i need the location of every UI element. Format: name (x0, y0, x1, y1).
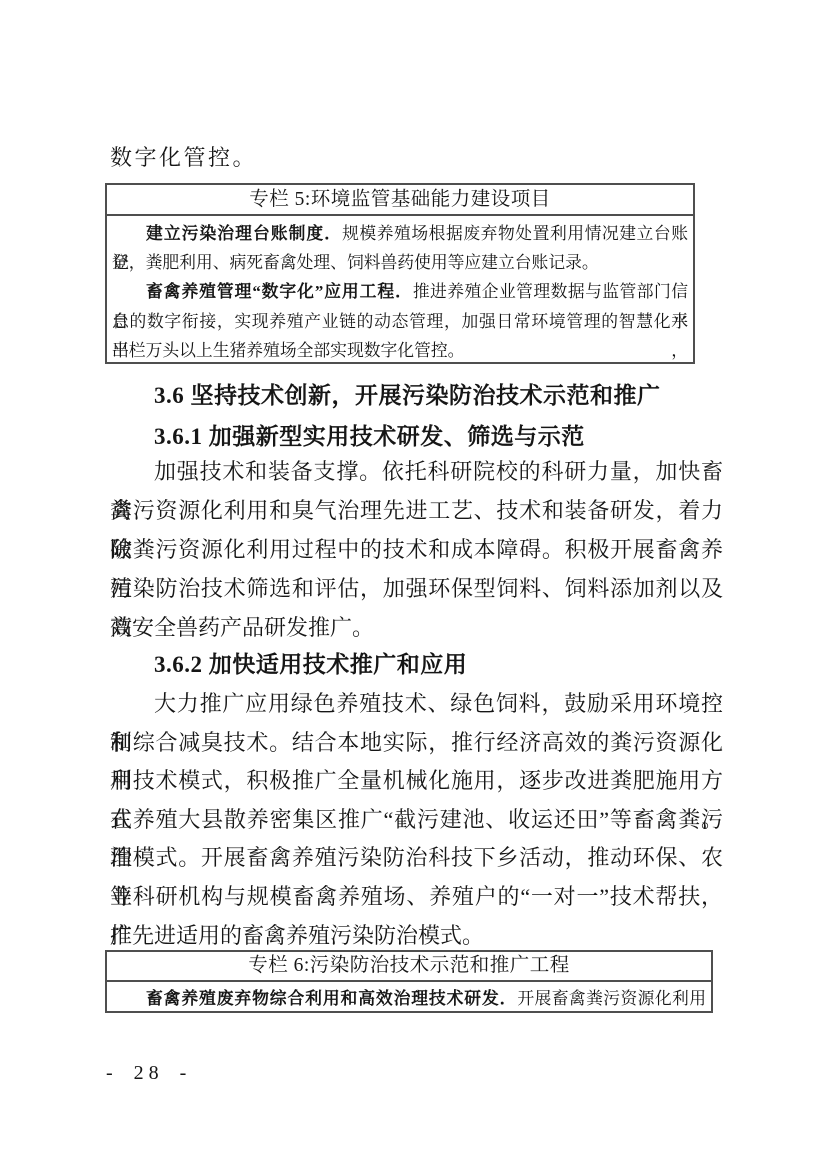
page-number: - 28 - (106, 1062, 191, 1085)
box6-title: 专栏 6:污染防治技术示范和推广工程 (107, 952, 711, 982)
document-page: 数字化管控。 专栏 5:环境监管基础能力建设项目 建立污染治理台账制度．规模养殖… (0, 0, 826, 1169)
body-line: 污染防治技术筛选和评估，加强环保型饲料、饲料添加剂以及高 (110, 569, 723, 608)
box5-body: 建立污染治理台账制度．规模养殖场根据废弃物处置利用情况建立台账登 记，粪肥利用、… (107, 216, 693, 365)
body-line: 理模式。开展畜禽养殖污染防治科技下乡活动，推动环保、农业 (110, 839, 723, 878)
box5-line-1: 建立污染治理台账制度．规模养殖场根据废弃物处置利用情况建立台账登 (112, 219, 688, 248)
body-line: 除粪污资源化利用过程中的技术和成本障碍。积极开展畜禽养殖 (110, 530, 723, 569)
box5-line-2: 记，粪肥利用、病死畜禽处理、饲料兽药使用等应建立台账记录。 (112, 248, 688, 277)
section-heading-3-6: 3.6 坚持技术创新，开展污染防治技术示范和推广 (154, 381, 661, 410)
body-line: 粪污资源化利用和臭气治理先进工艺、技术和装备研发，着力破 (110, 491, 723, 530)
body-line: 用技术模式，积极推广全量机械化施用，逐步改进粪肥施用方式。 (110, 762, 723, 801)
callout-box-5: 专栏 5:环境监管基础能力建设项目 建立污染治理台账制度．规模养殖场根据废弃物处… (105, 183, 695, 364)
paragraph-continuation-line: 数字化管控。 (110, 144, 257, 172)
section-heading-3-6-1: 3.6.1 加强新型实用技术研发、筛选与示范 (154, 422, 585, 451)
body-line: 效安全兽药产品研发推广。 (110, 608, 723, 647)
body-line: 在养殖大县散养密集区推广“截污建池、收运还田”等畜禽粪污治 (110, 801, 723, 840)
box6-lead-1: 畜禽养殖废弃物综合利用和高效治理技术研发． (146, 989, 517, 1008)
paragraph-3-6-1: 加强技术和装备支撑。依托科研院校的科研力量，加快畜禽 粪污资源化利用和臭气治理先… (110, 452, 723, 647)
body-line: 加强技术和装备支撑。依托科研院校的科研力量，加快畜禽 (110, 452, 723, 491)
body-line: 和综合减臭技术。结合本地实际，推行经济高效的粪污资源化利 (110, 724, 723, 763)
box6-line-1: 畜禽养殖废弃物综合利用和高效治理技术研发．开展畜禽粪污资源化利用 (112, 985, 706, 1012)
body-line: 等科研机构与规模畜禽养殖场、养殖户的“一对一”技术帮扶，推 (110, 878, 723, 917)
body-line: 大力推广应用绿色养殖技术、绿色饲料，鼓励采用环境控制 (110, 685, 723, 724)
box5-lead-2: 畜禽养殖管理“数字化”应用工程． (146, 282, 413, 301)
callout-box-6: 专栏 6:污染防治技术示范和推广工程 畜禽养殖废弃物综合利用和高效治理技术研发．… (105, 950, 713, 1013)
box5-lead-1: 建立污染治理台账制度． (146, 224, 342, 243)
box5-title: 专栏 5:环境监管基础能力建设项目 (107, 185, 693, 216)
box5-line-4: 台的数字衔接，实现养殖产业链的动态管理，加强日常环境管理的智慧化水平， (112, 307, 688, 336)
box6-body: 畜禽养殖废弃物综合利用和高效治理技术研发．开展畜禽粪污资源化利用 (107, 982, 711, 1012)
paragraph-3-6-2: 大力推广应用绿色养殖技术、绿色饲料，鼓励采用环境控制 和综合减臭技术。结合本地实… (110, 685, 723, 955)
box5-line-3: 畜禽养殖管理“数字化”应用工程．推进养殖企业管理数据与监管部门信息平 (112, 277, 688, 306)
section-heading-3-6-2: 3.6.2 加快适用技术推广和应用 (154, 650, 467, 679)
box6-text-1: 开展畜禽粪污资源化利用 (517, 989, 706, 1008)
